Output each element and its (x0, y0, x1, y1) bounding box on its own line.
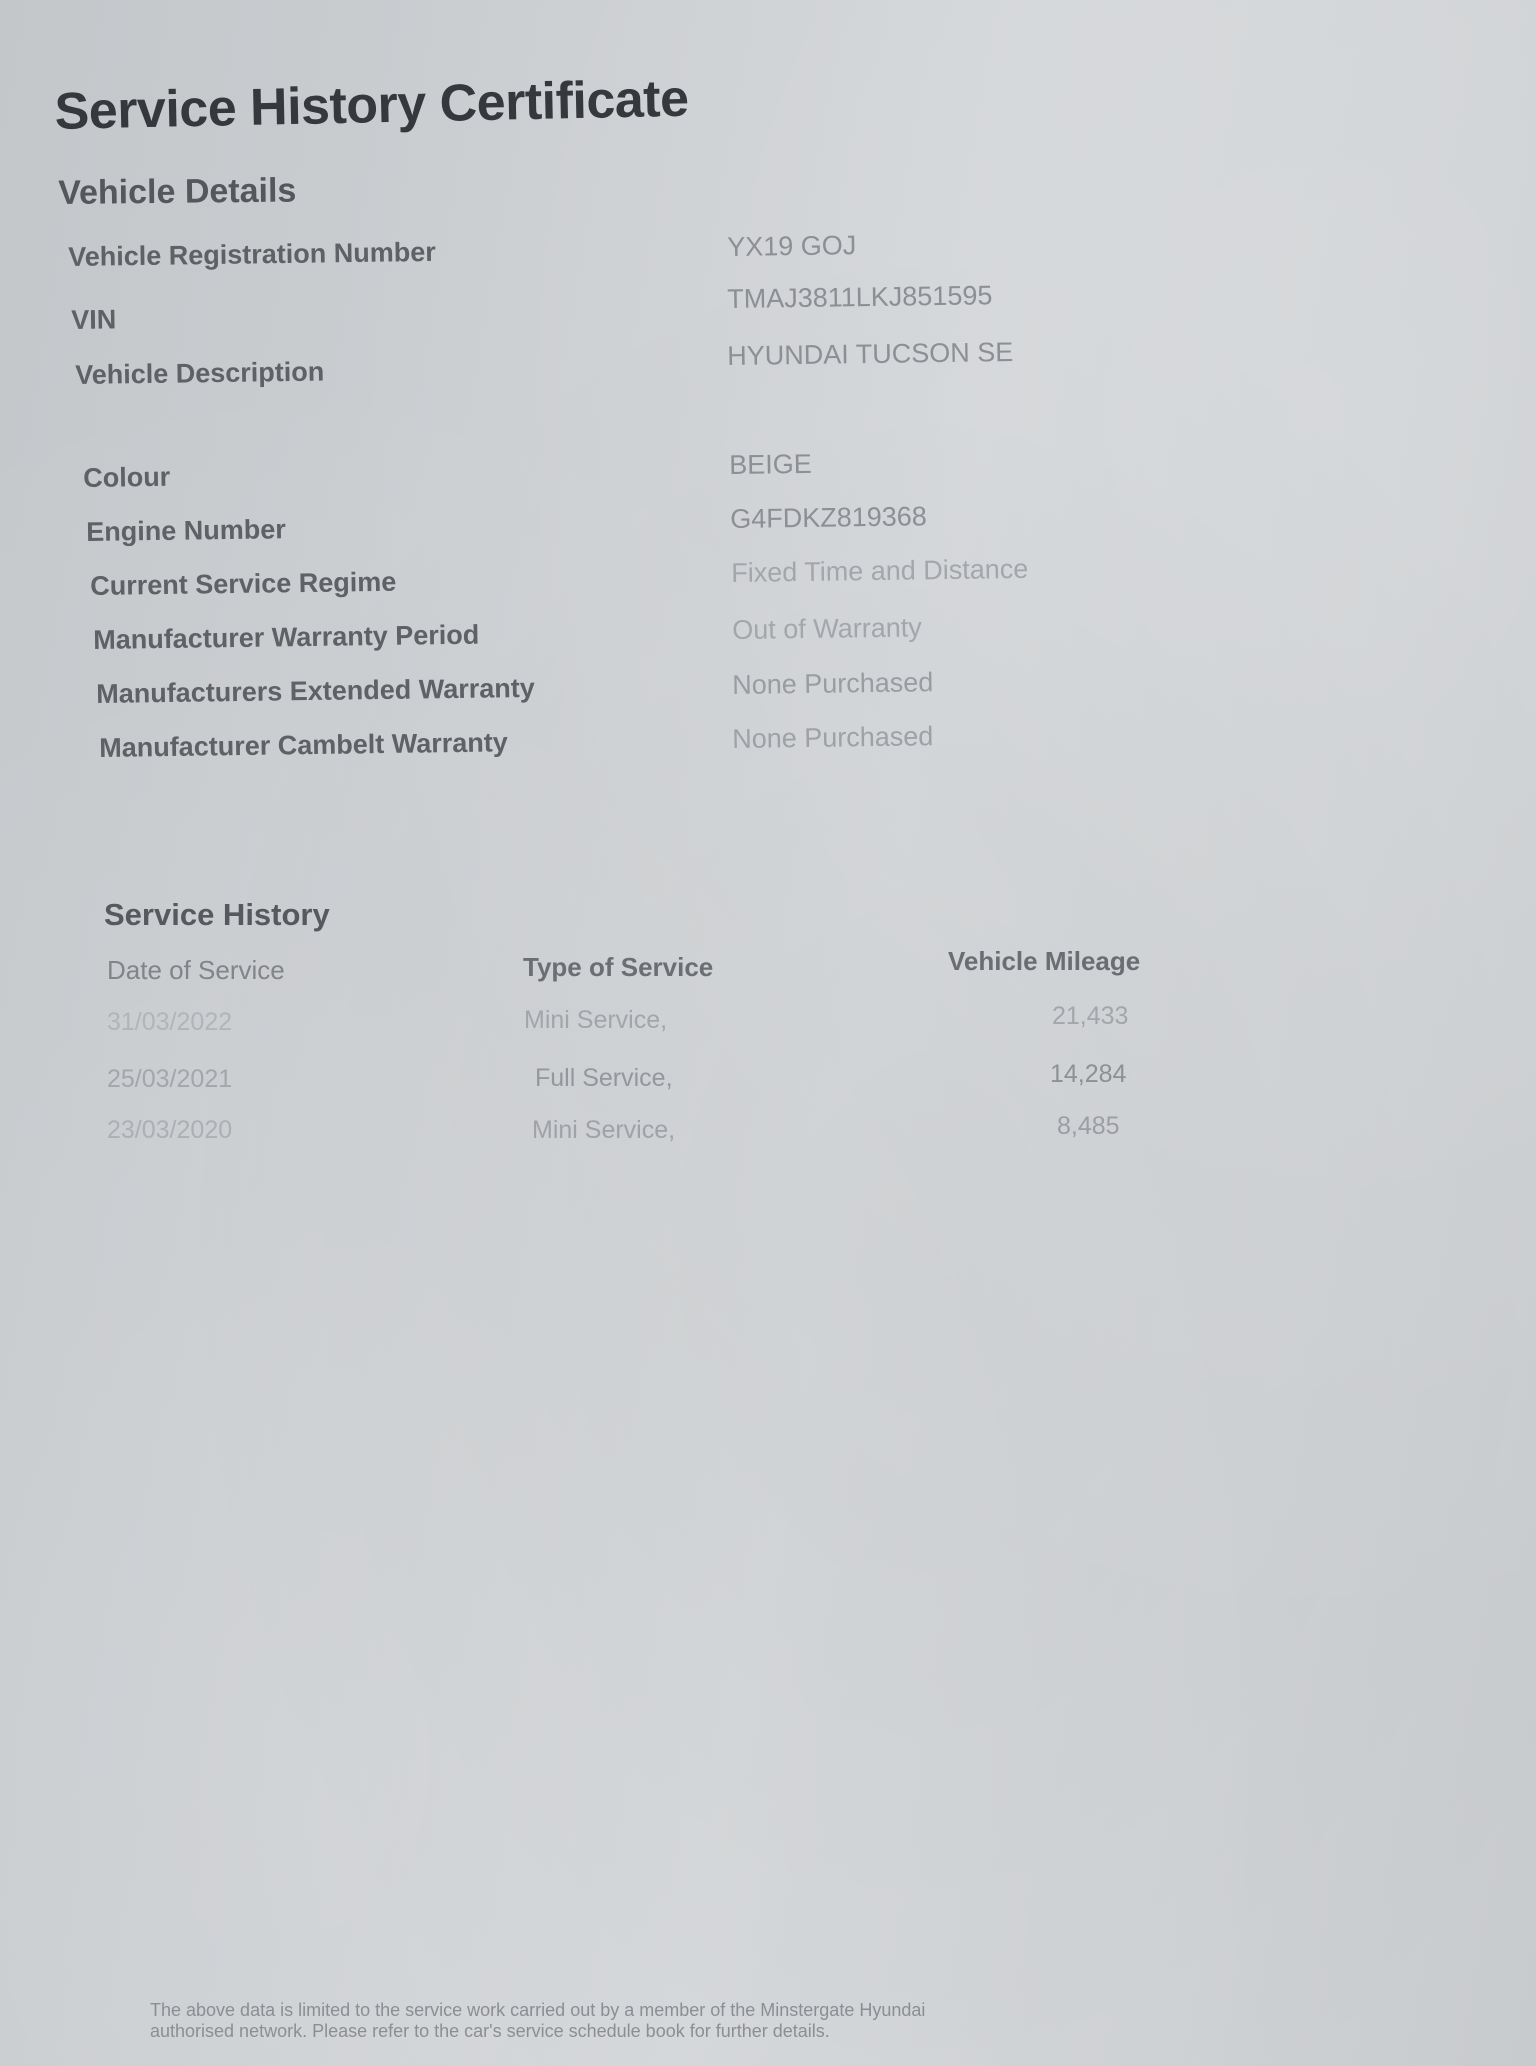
value-extended-warranty: None Purchased (732, 667, 934, 701)
document-title: Service History Certificate (54, 69, 689, 142)
column-header-type: Type of Service (523, 952, 713, 983)
cell-date: 25/03/2021 (107, 1065, 232, 1094)
cell-mileage: 14,284 (1050, 1060, 1126, 1089)
value-colour: BEIGE (729, 449, 812, 481)
value-registration-number: YX19 GOJ (727, 230, 856, 263)
service-history-heading: Service History (104, 897, 330, 933)
value-cambelt-warranty: None Purchased (732, 721, 934, 755)
value-warranty-period: Out of Warranty (732, 612, 922, 646)
vehicle-details-heading: Vehicle Details (58, 172, 297, 213)
cell-date: 31/03/2022 (107, 1008, 232, 1037)
cell-type: Mini Service, (532, 1116, 675, 1145)
column-header-mileage: Vehicle Mileage (948, 946, 1140, 977)
label-engine-number: Engine Number (86, 514, 286, 548)
value-vin: TMAJ3811LKJ851595 (727, 280, 993, 315)
label-service-regime: Current Service Regime (90, 567, 397, 602)
document-page: Service History Certificate Vehicle Deta… (0, 0, 1536, 2066)
column-header-date: Date of Service (107, 955, 285, 986)
label-extended-warranty: Manufacturers Extended Warranty (96, 673, 535, 710)
value-service-regime: Fixed Time and Distance (731, 554, 1029, 589)
label-cambelt-warranty: Manufacturer Cambelt Warranty (99, 727, 508, 764)
cell-type: Full Service, (535, 1064, 673, 1093)
value-vehicle-description: HYUNDAI TUCSON SE (727, 337, 1013, 372)
cell-mileage: 21,433 (1052, 1002, 1128, 1031)
label-colour: Colour (83, 462, 170, 494)
cell-type: Mini Service, (524, 1006, 667, 1035)
cell-mileage: 8,485 (1057, 1112, 1120, 1141)
value-engine-number: G4FDKZ819368 (730, 501, 927, 535)
footer-line-1: The above data is limited to the service… (150, 2000, 1150, 2021)
label-warranty-period: Manufacturer Warranty Period (93, 620, 479, 656)
label-vin: VIN (71, 304, 116, 336)
footer-disclaimer: The above data is limited to the service… (150, 2000, 1150, 2042)
label-vehicle-description: Vehicle Description (75, 357, 325, 391)
cell-date: 23/03/2020 (107, 1116, 232, 1145)
label-registration-number: Vehicle Registration Number (68, 237, 436, 273)
footer-line-2: authorised network. Please refer to the … (150, 2021, 1150, 2042)
